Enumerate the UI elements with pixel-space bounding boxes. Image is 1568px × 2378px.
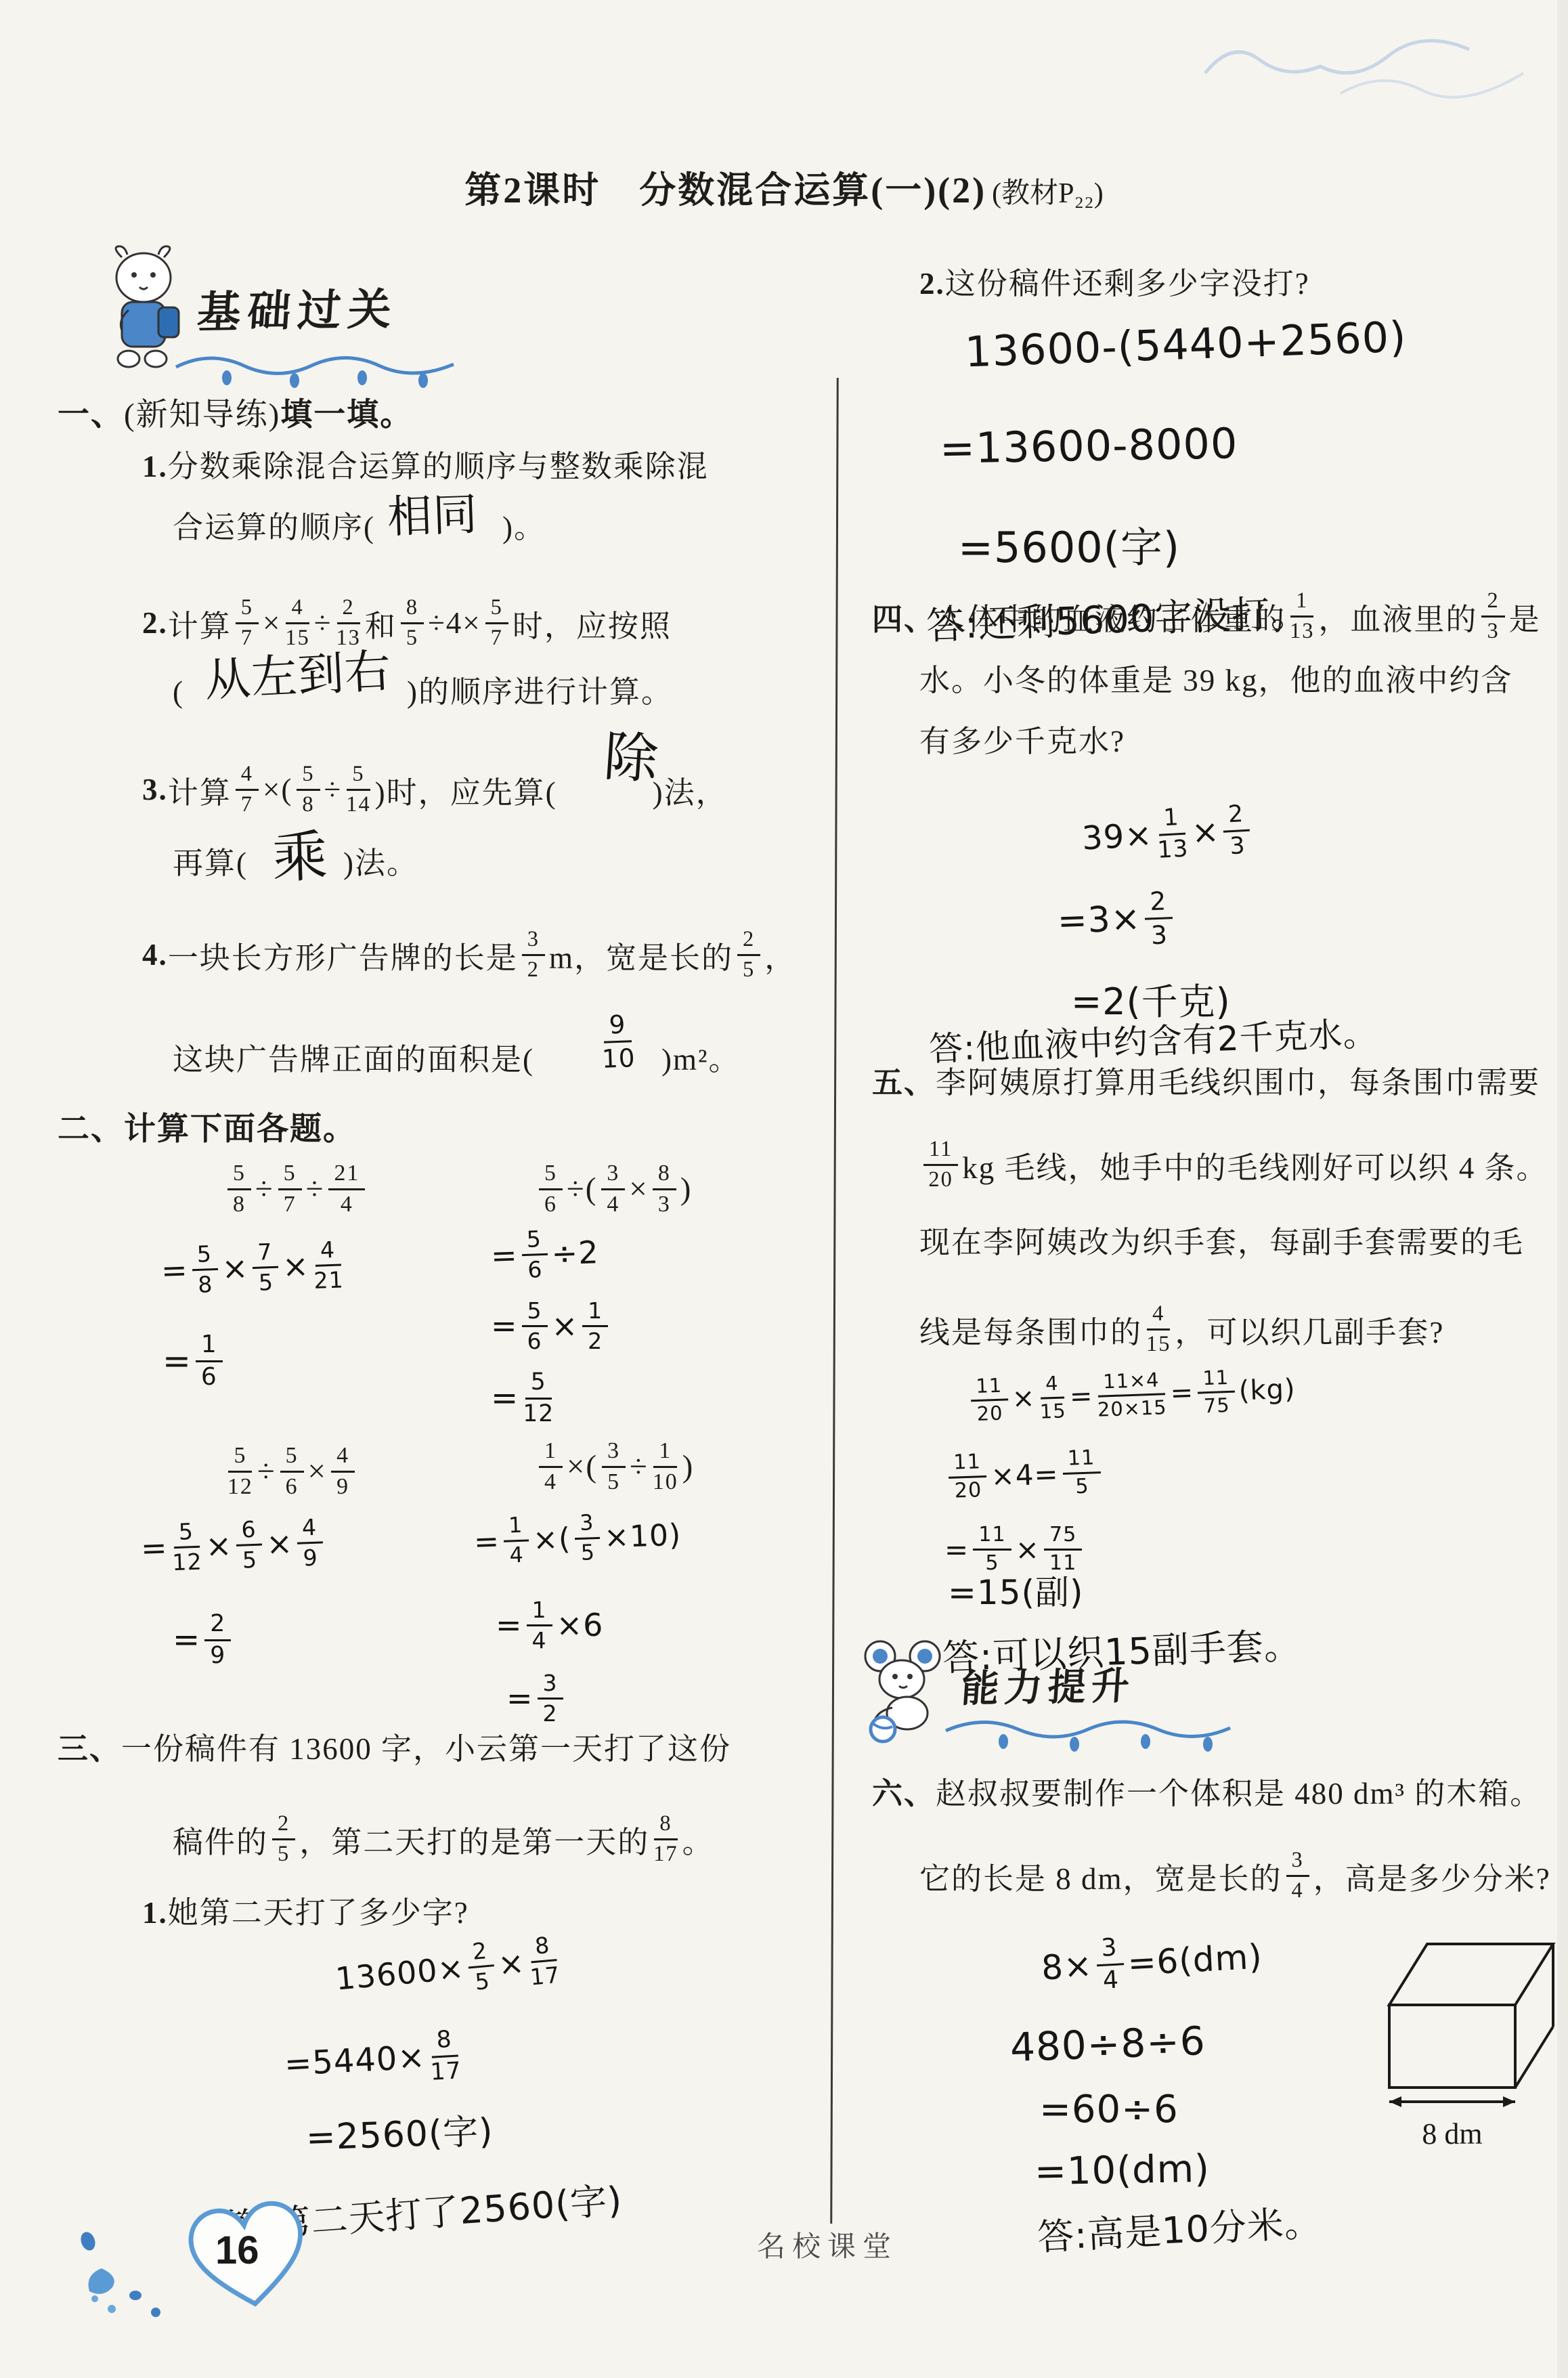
- s5-work-1: 1120×4=115: [943, 1431, 1106, 1518]
- calc4-work-1: =14×6: [496, 1584, 603, 1666]
- calc1-work-0: =58×75×421: [160, 1224, 349, 1312]
- s3-work2-1: =13600-8000: [939, 418, 1238, 474]
- section6-line2: 它的长是 8 dm，宽是长的34，高是多少分米?: [919, 1830, 1551, 1922]
- wavy-underline-icon: [173, 347, 457, 394]
- s4-work-3: 答:他血液中约含有2千克水。: [928, 1013, 1378, 1069]
- s6-work-0: 8×34=6(dm): [1039, 1916, 1265, 2009]
- calc4-work-0: =14×(35×10): [473, 1494, 682, 1583]
- column-divider: [830, 378, 839, 2224]
- calc4-work-2: =32: [506, 1658, 567, 1739]
- lesson-title: 第2课时 分数混合运算(一)(2): [464, 161, 986, 213]
- q2-answer: 从左到右: [203, 644, 393, 709]
- s6-work-4: 答:高是10分米。: [1037, 2201, 1323, 2260]
- section1-heading: 一、(新知导练)填一填。: [58, 396, 413, 434]
- q4-line2: 这块广告牌正面的面积是( )m²。: [173, 1010, 740, 1102]
- s4-work-1: =3×23: [1056, 877, 1178, 962]
- section3-q1: 1.她第二天打了多少字?: [142, 1895, 469, 1931]
- q4-answer: 910: [596, 1000, 640, 1083]
- s3-work1-0: 13600×25×817: [332, 1919, 566, 2020]
- page-number: 16: [215, 2228, 259, 2273]
- footer-brand: 名校课堂: [757, 2224, 898, 2265]
- section3-q2: 2.这份稿件还剩多少字没打?: [919, 265, 1310, 302]
- s3-work2-0: 13600-(5440+2560): [964, 312, 1408, 378]
- s3-work1-1: =5440×817: [282, 2014, 466, 2105]
- section6-line1: 六、赵叔叔要制作一个体积是 480 dm³ 的木箱。: [872, 1775, 1542, 1812]
- badge-advance: 能力提升: [959, 1656, 1137, 1713]
- s5-work-3: =15(副): [948, 1572, 1084, 1613]
- q3-answer2: 乘: [271, 824, 329, 892]
- s3-work2-2: =5600(字): [958, 523, 1180, 573]
- section4-line1: 四、人体中的血液约占体重的113，血液里的23是: [872, 570, 1541, 662]
- badge-basic: 基础过关: [196, 274, 401, 340]
- s6-work-3: =10(dm): [1034, 2146, 1210, 2195]
- q1-line1: 1.分数乘除混合运算的顺序与整数乘除混: [142, 448, 709, 485]
- calc3-work-1: =29: [173, 1599, 235, 1681]
- s3-work1-2: =2560(字): [305, 2111, 494, 2159]
- page-title: 第2课时 分数混合运算(一)(2) (教材P₂₂): [464, 161, 1104, 213]
- calc1-work-1: =16: [162, 1320, 227, 1402]
- s4-work-2: =2(千克): [1071, 980, 1231, 1024]
- q4-line1: 4.一块长方形广告牌的长是32 m，宽是长的25，: [142, 909, 796, 1001]
- calc2-work-0: =56÷2: [489, 1211, 601, 1296]
- s4-work-0: 39×113×23: [1080, 789, 1256, 879]
- section5-line1: 五、李阿姨原打算用毛线织围巾，每条围巾需要: [872, 1064, 1540, 1101]
- q1-answer: 相同: [387, 488, 479, 544]
- section3-line1: 三、一份稿件有 13600 字，小云第一天打了这份: [58, 1731, 731, 1767]
- textbook-ref: (教材P₂₂): [992, 171, 1104, 211]
- cuboid-diagram: 8 dm: [1374, 1934, 1568, 2171]
- section4-line2: 水。小冬的体重是 39 kg，他的血液中约含: [919, 662, 1513, 699]
- mouse-mascot-icon: [858, 1637, 953, 1746]
- cuboid-label: 8 dm: [1422, 2117, 1482, 2150]
- q1-line2: 合运算的顺序( )。: [173, 509, 546, 546]
- section4-line3: 有多少千克水?: [919, 723, 1125, 760]
- calc3-work-0: =512×65×49: [139, 1501, 328, 1589]
- s5-work-0: 1120×415=11×420×15=1175(kg): [965, 1349, 1297, 1442]
- workbook-page: 第2课时 分数混合运算(一)(2) (教材P₂₂) 基础过关 一、(新知导练)填…: [0, 0, 1568, 2378]
- calc2-work-1: =56×12: [491, 1285, 612, 1366]
- section5-line2: 1120 kg 毛线，她手中的毛线刚好可以织 4 条。: [919, 1119, 1548, 1211]
- s6-work-1: 480÷8÷6: [1009, 2018, 1206, 2072]
- q3-answer1: 除: [602, 724, 661, 792]
- calc1-expr: 58÷57÷214: [223, 1143, 369, 1235]
- s6-work-2: =60÷6: [1039, 2087, 1179, 2132]
- pencil-scribble-icon: [1192, 12, 1544, 114]
- wavy-underline2-icon: [942, 1712, 1234, 1756]
- section3-line2: 稿件的25，第二天打的是第一天的817。: [173, 1793, 714, 1885]
- section5-line3: 现在李阿姨改为织手套，每副手套需要的毛: [919, 1224, 1524, 1261]
